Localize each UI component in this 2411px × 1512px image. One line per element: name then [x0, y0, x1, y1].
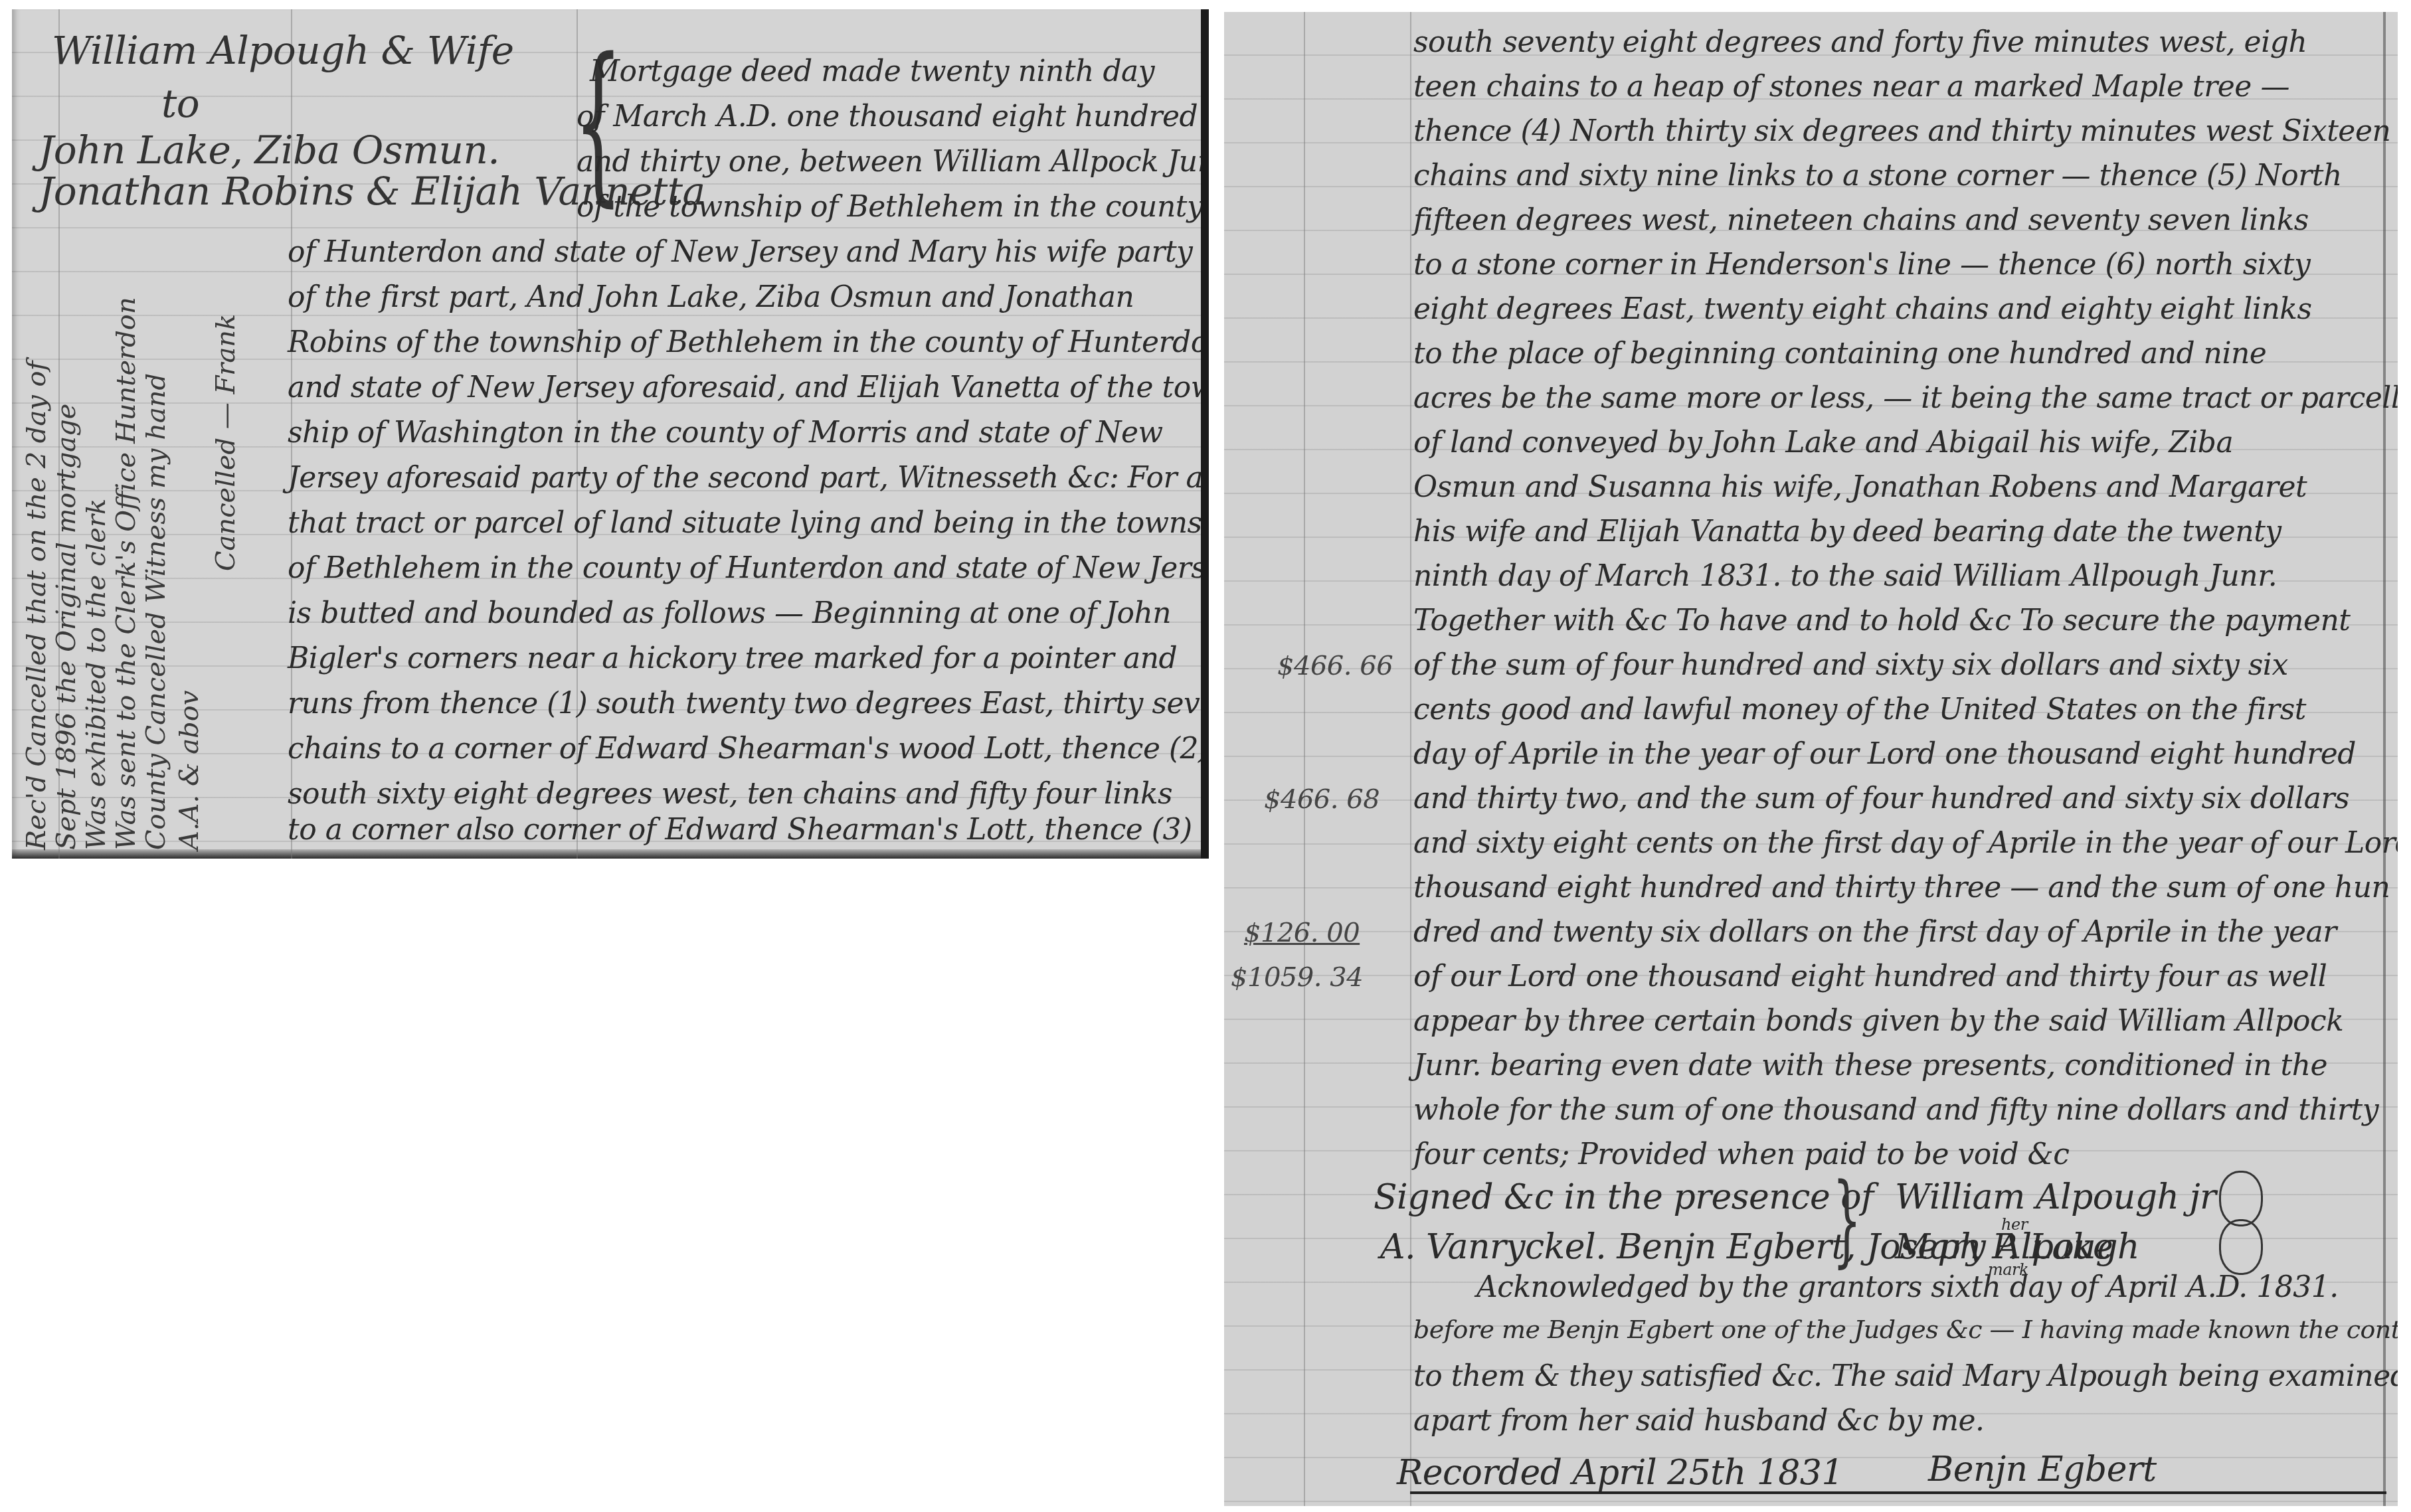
deed-line: to a corner also corner of Edward Shearm… [288, 813, 1192, 847]
deed-line: cents good and lawful money of the Unite… [1413, 693, 2306, 726]
amount-installment-3: $126. 00 [1244, 918, 1360, 948]
amount-total: $1059. 34 [1231, 962, 1363, 993]
amount-installment-1: $466. 66 [1277, 651, 1393, 681]
deed-line: day of Aprile in the year of our Lord on… [1413, 737, 2356, 771]
margin-note: Sept 1896 the Original mortgage [51, 404, 82, 850]
margin-note: County Cancelled Witness my hand [141, 373, 171, 850]
deed-line: acres be the same more or less, — it bei… [1413, 381, 2398, 415]
heading-grantor: William Alpough & Wife [52, 28, 514, 73]
deed-line: of the township of Bethlehem in the coun… [577, 190, 1203, 224]
deed-line: Together with &c To have and to hold &c … [1413, 604, 2350, 637]
deed-line: Mortgage deed made twenty ninth day [590, 54, 1154, 88]
heading-grantees-1: John Lake, Ziba Osmun. [39, 127, 499, 173]
deed-line: chains and sixty nine links to a stone c… [1413, 159, 2342, 193]
deed-line: his wife and Elijah Vanatta by deed bear… [1413, 515, 2281, 548]
deed-line: of the sum of four hundred and sixty six… [1413, 648, 2288, 682]
deed-line: south sixty eight degrees west, ten chai… [288, 777, 1172, 811]
deed-line: south seventy eight degrees and forty fi… [1413, 25, 2307, 59]
recorded-date: Recorded April 25th 1831 [1397, 1453, 1843, 1493]
deed-line: thence (4) North thirty six degrees and … [1413, 114, 2390, 148]
column-rule [1410, 12, 1411, 1506]
acknowledgment-line: to them & they satisfied &c. The said Ma… [1413, 1359, 2398, 1393]
deed-line: to the place of beginning containing one… [1413, 337, 2266, 371]
acknowledgment-line: before me Benjn Egbert one of the Judges… [1413, 1315, 2398, 1344]
margin-note: Was sent to the Clerk's Office Hunterdon [111, 297, 141, 850]
deed-line: teen chains to a heap of stones near a m… [1413, 70, 2289, 104]
signature-william: William Alpough jr [1895, 1177, 2216, 1217]
left-ledger-page: William Alpough & Wife to John Lake, Zib… [12, 9, 1209, 859]
acknowledgment-line: Acknowledged by the grantors sixth day o… [1476, 1270, 2339, 1304]
seal-icon [2219, 1219, 2263, 1275]
deed-line: runs from thence (1) south twenty two de… [288, 687, 1209, 720]
deed-line: and state of New Jersey aforesaid, and E… [288, 371, 1209, 404]
deed-line: chains to a corner of Edward Shearman's … [288, 732, 1209, 766]
deed-line: and thirty two, and the sum of four hund… [1413, 782, 2349, 815]
deed-line: appear by three certain bonds given by t… [1413, 1004, 2343, 1038]
margin-note: Was exhibited to the clerk [81, 499, 112, 850]
deed-line: that tract or parcel of land situate lyi… [288, 506, 1209, 540]
margin-note: Rec'd Cancelled that on the 2 day of [21, 361, 52, 850]
deed-line: to a stone corner in Henderson's line — … [1413, 248, 2310, 282]
deed-line: of Bethlehem in the county of Hunterdon … [288, 551, 1209, 585]
amount-installment-2: $466. 68 [1264, 784, 1380, 815]
heading-to: to [161, 81, 199, 126]
right-ledger-page: south seventy eight degrees and forty fi… [1224, 12, 2398, 1506]
margin-note: Cancelled — Frank [211, 314, 241, 571]
deed-line: four cents; Provided when paid to be voi… [1413, 1137, 2069, 1171]
deed-line: Osmun and Susanna his wife, Jonathan Rob… [1413, 470, 2307, 504]
deed-line: fifteen degrees west, nineteen chains an… [1413, 203, 2309, 237]
deed-line: of March A.D. one thousand eight hundred [577, 100, 1198, 133]
margin-rule [1304, 12, 1305, 1506]
deed-line: Robins of the township of Bethlehem in t… [288, 325, 1209, 359]
deed-line: eight degrees East, twenty eight chains … [1413, 292, 2312, 326]
curly-brace: } [1832, 1171, 1861, 1270]
deed-line: Junr. bearing even date with these prese… [1413, 1049, 2327, 1082]
deed-line: Jersey aforesaid party of the second par… [288, 461, 1209, 495]
deed-line: Bigler's corners near a hickory tree mar… [288, 641, 1177, 675]
edge-rule [2383, 12, 2386, 1506]
deed-line: of Hunterdon and state of New Jersey and… [288, 235, 1192, 269]
deed-line: whole for the sum of one thousand and fi… [1413, 1093, 2378, 1127]
deed-line: and sixty eight cents on the first day o… [1413, 826, 2398, 860]
deed-line: and thirty one, between William Allpock … [577, 145, 1209, 179]
deed-line: ship of Washington in the county of Morr… [288, 416, 1163, 450]
acknowledgment-line: apart from her said husband &c by me. [1413, 1404, 1984, 1438]
deed-line: thousand eight hundred and thirty three … [1413, 871, 2390, 904]
end-rule [1410, 1491, 2386, 1494]
deed-line: of land conveyed by John Lake and Abigai… [1413, 426, 2233, 460]
recorder-signature: Benjn Egbert [1928, 1450, 2157, 1489]
deed-line: of our Lord one thousand eight hundred a… [1413, 960, 2327, 993]
deed-line: is butted and bounded as follows — Begin… [288, 596, 1171, 630]
deed-line: ninth day of March 1831. to the said Wil… [1413, 559, 2277, 593]
mark-her: her [2001, 1215, 2028, 1234]
margin-note: A.A. & abov [174, 691, 205, 850]
deed-line: of the first part, And John Lake, Ziba O… [288, 280, 1134, 314]
seal-icon [2219, 1171, 2263, 1226]
witness-label: Signed &c in the presence of [1374, 1177, 1874, 1217]
deed-line: dred and twenty six dollars on the first… [1413, 915, 2337, 949]
